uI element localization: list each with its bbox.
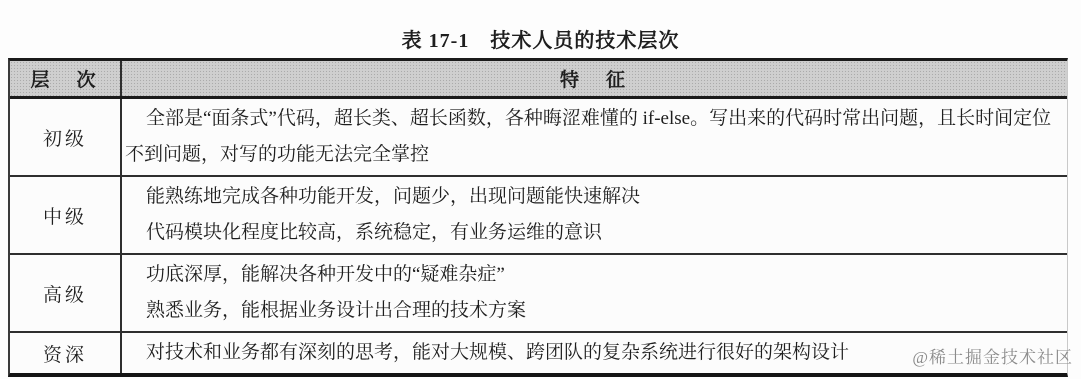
tech-levels-table: 层 次 特 征 初级 全部是“面条式”代码，超长类、超长函数，各种晦涩难懂的 i… — [8, 58, 1068, 377]
table-row-junior: 初级 全部是“面条式”代码，超长类、超长函数，各种晦涩难懂的 if-else。写… — [10, 99, 1067, 175]
level-label: 高级 — [10, 255, 122, 331]
table-row-expert: 资深 对技术和业务都有深刻的思考，能对大规模、跨团队的复杂系统进行很好的架构设计 — [10, 331, 1067, 373]
feature-paragraph: 功底深厚，能解决各种开发中的“疑难杂症” — [125, 257, 1057, 293]
book-page-scan: 表 17-1 技术人员的技术层次 层 次 特 征 初级 全部是“面条式”代码，超… — [0, 0, 1081, 379]
table-header-row: 层 次 特 征 — [10, 61, 1067, 99]
feature-paragraph: 全部是“面条式”代码，超长类、超长函数，各种晦涩难懂的 if-else。写出来的… — [125, 101, 1057, 173]
feature-cell: 能熟练地完成各种功能开发，问题少，出现问题能快速解决 代码模块化程度比较高，系统… — [122, 177, 1067, 253]
table-row-senior: 高级 功底深厚，能解决各种开发中的“疑难杂症” 熟悉业务，能根据业务设计出合理的… — [10, 253, 1067, 331]
header-cell-level: 层 次 — [10, 61, 122, 96]
feature-cell: 全部是“面条式”代码，超长类、超长函数，各种晦涩难懂的 if-else。写出来的… — [122, 99, 1067, 175]
feature-cell: 功底深厚，能解决各种开发中的“疑难杂症” 熟悉业务，能根据业务设计出合理的技术方… — [122, 255, 1067, 331]
level-label: 资深 — [10, 333, 122, 373]
feature-paragraph: 能熟练地完成各种功能开发，问题少，出现问题能快速解决 — [125, 179, 1057, 215]
header-cell-feature: 特 征 — [122, 61, 1067, 96]
feature-paragraph: 代码模块化程度比较高，系统稳定，有业务运维的意识 — [125, 215, 1057, 251]
feature-paragraph: 熟悉业务，能根据业务设计出合理的技术方案 — [125, 293, 1057, 329]
juejin-community-watermark: @稀土掘金技术社区 — [912, 343, 1073, 368]
table-caption: 表 17-1 技术人员的技术层次 — [0, 24, 1081, 53]
level-label: 初级 — [10, 99, 122, 175]
table-row-intermediate: 中级 能熟练地完成各种功能开发，问题少，出现问题能快速解决 代码模块化程度比较高… — [10, 175, 1067, 253]
level-label: 中级 — [10, 177, 122, 253]
